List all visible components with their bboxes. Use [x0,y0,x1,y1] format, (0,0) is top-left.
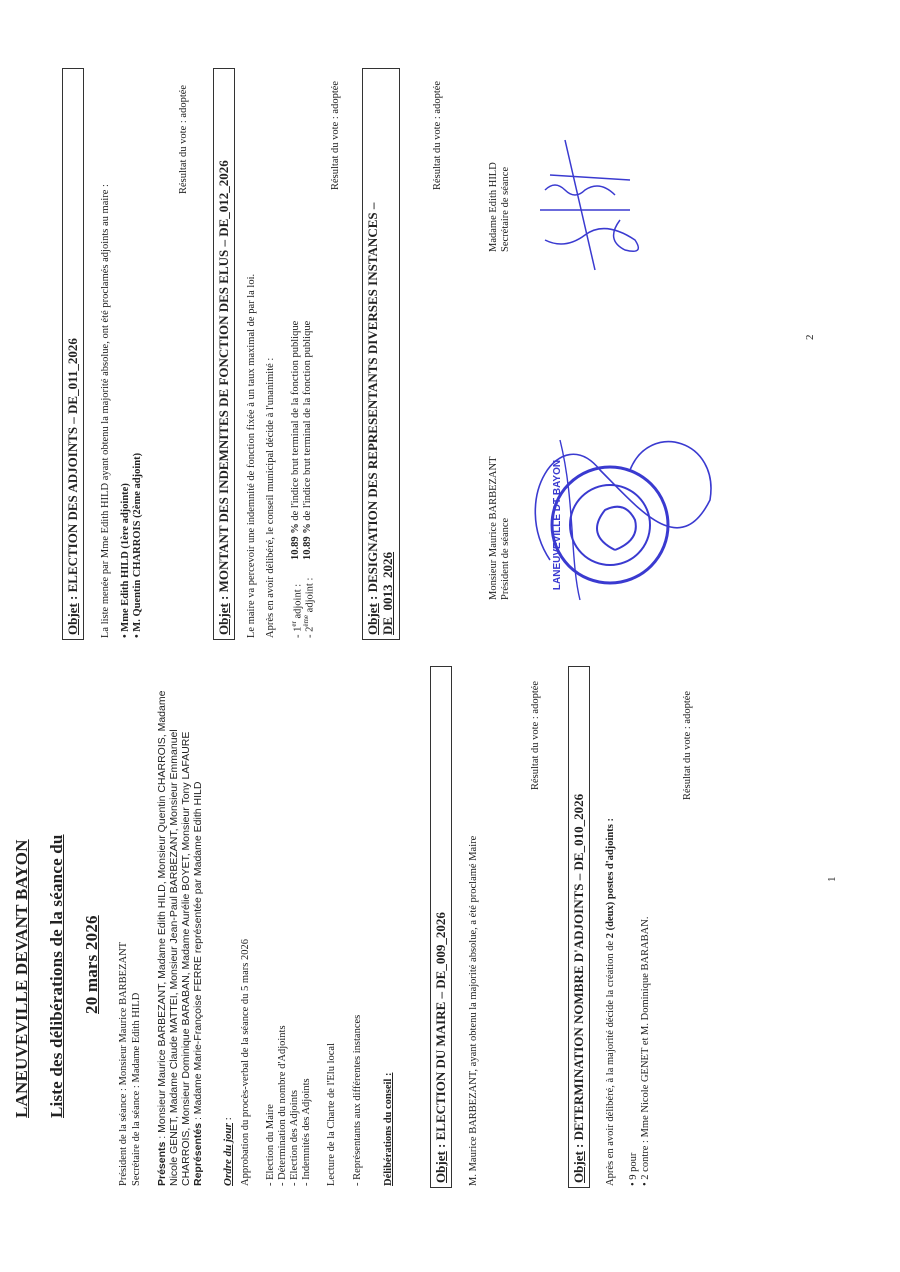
objet-title: : MONTANT DES INDEMNITES DE FONCTION DES… [216,160,231,603]
objet-title: : DESIGNATION DES REPRESENTANTS DIVERSES… [365,203,380,604]
indemnite-row-2: - 2ème adjoint : [302,578,316,638]
secretaire-line: Secrétaire de la séance : Madame Edith H… [131,993,142,1186]
objet-prefix: Objet [365,603,380,635]
objet-box-indemnites: Objet : MONTANT DES INDEMNITES DE FONCTI… [213,68,235,640]
president-signature-role: Président de séance [500,518,511,600]
presents-line-3: CHARROIS, Monsieur Dominique BARABAN, Ma… [180,732,192,1186]
vote-contre: • 2 contre : Mme Nicole GENET et M. Domi… [640,917,651,1186]
nombre-adjoints-text: Après en avoir délibéré, à la majorité d… [605,818,616,1186]
representes-label: Représentés [192,1123,204,1186]
ordre-item: - Représentants aux différentes instance… [352,1015,363,1186]
commune-title: LANEUVEVILLE DEVANT BAYON [12,839,32,1118]
row-num: 2 [305,627,316,632]
decision-bold: 2 (deux) postes d'adjoints : [605,818,616,938]
row-value: 10.89 % [302,523,313,560]
election-adjoints-text: La liste menée par Mme Edith HILD ayant … [100,184,111,638]
objet-box-election-maire: Objet : ELECTION DU MAIRE – DE_009_2026 [430,666,452,1188]
ordre-item: - Election des Adjoints [289,1090,300,1186]
row-sup: er [290,621,298,626]
objet-title-line2: DE_0013_2026 [380,73,395,635]
objet-prefix: Objet [216,603,231,635]
objet-prefix: Objet [433,1151,448,1183]
ordre-item: - Election du Maire [265,1104,276,1186]
vote-result: Résultat du vote : adoptée [178,85,189,194]
indemnites-text-2: Après en avoir délibéré, le conseil muni… [265,358,276,638]
election-maire-text: M. Maurice BARBEZANT, ayant obtenu la ma… [468,836,479,1186]
adjoint-bullet: • M. Quentin CHARROIS (2ème adjoint) [132,453,143,638]
secretary-signature-icon [525,130,655,280]
deliberations-heading: Délibérations du conseil : [383,1073,394,1186]
ordre-item: - Indemnités des Adjoints [301,1078,312,1186]
representes-text: : Madame Marie-Françoise FERRE représent… [192,782,204,1123]
ordre-label: Ordre du jour [222,1123,234,1186]
scanned-sheet: LANEUVEVILLE DEVANT BAYON Liste des déli… [0,0,900,1272]
objet-box-representants: Objet : DESIGNATION DES REPRESENTANTS DI… [362,68,400,640]
secretaire-signature-name: Madame Edith HILD [488,162,499,252]
presents-label: Présents [156,1142,168,1186]
vote-result: Résultat du vote : adoptée [330,81,341,190]
indemnite-value-1: 10.89 % de l'indice brut terminal de la … [290,321,301,560]
president-signature-name: Monsieur Maurice BARBEZANT [488,457,499,600]
vote-pour: • 9 pour [628,1153,639,1186]
ordre-item: Approbation du procès-verbal de la séanc… [240,939,251,1186]
ordre-item: Lecture de la Charte de l'Elu local [326,1043,337,1186]
secretaire-signature-role: Secrétaire de séance [500,167,511,252]
row-value: 10.89 % [290,523,301,560]
page-2: Objet : ELECTION DES ADJOINTS – DE_011_2… [0,60,900,640]
objet-title: : DETERMINATION NOMBRE D'ADJOINTS – DE_0… [571,794,586,1151]
objet-prefix: Objet [571,1151,586,1183]
vote-result: Résultat du vote : adoptée [530,681,541,790]
adjoint-bullet: • Mme Edith HILD (1ère adjointe) [120,483,131,638]
ordre-du-jour-heading: Ordre du jour : [222,1117,234,1186]
row-sup: ème [302,615,310,627]
objet-box-election-adjoints: Objet : ELECTION DES ADJOINTS – DE_011_2… [62,68,84,640]
document-title: Liste des délibérations de la séance du [47,834,67,1118]
page-number: 2 [804,335,816,341]
row-desc: de l'indice brut terminal de la fonction… [290,321,301,524]
page-number: 1 [826,877,838,883]
presents-line-1: Présents : Monsieur Maurice BARBEZANT, M… [156,691,168,1186]
session-date: 20 mars 2026 [82,915,102,1014]
indemnites-text-1: Le maire va percevoir une indemnité de f… [246,274,257,638]
ordre-item: - Détermination du nombre d'Adjoints [277,1025,288,1186]
decision-text: Après en avoir délibéré, à la majorité d… [605,938,616,1186]
representes-line: Représentés : Madame Marie-Françoise FER… [192,782,204,1186]
objet-box-nombre-adjoints: Objet : DETERMINATION NOMBRE D'ADJOINTS … [568,666,590,1188]
indemnite-value-2: 10.89 % de l'indice brut terminal de la … [302,321,313,560]
objet-title: : ELECTION DU MAIRE – DE_009_2026 [433,912,448,1151]
presents-text-1: : Monsieur Maurice BARBEZANT, Madame Edi… [156,691,168,1142]
row-desc: de l'indice brut terminal de la fonction… [302,321,313,524]
objet-title: : ELECTION DES ADJOINTS – DE_011_2026 [65,338,80,603]
page-1: LANEUVEVILLE DEVANT BAYON Liste des déli… [0,640,900,1200]
president-line: Président de la séance : Monsieur Mauric… [118,942,129,1186]
vote-result: Résultat du vote : adoptée [432,81,443,190]
presents-line-2: Nicole GENET, Madame Claude MATTEI, Mons… [168,729,180,1186]
ordre-suffix: : [222,1117,234,1123]
mairie-stamp-icon: LANEUVEVILLE DT BAYON [520,400,720,620]
svg-text:LANEUVEVILLE DT BAYON: LANEUVEVILLE DT BAYON [552,460,563,590]
vote-result: Résultat du vote : adoptée [682,691,693,800]
objet-prefix: Objet [65,603,80,635]
